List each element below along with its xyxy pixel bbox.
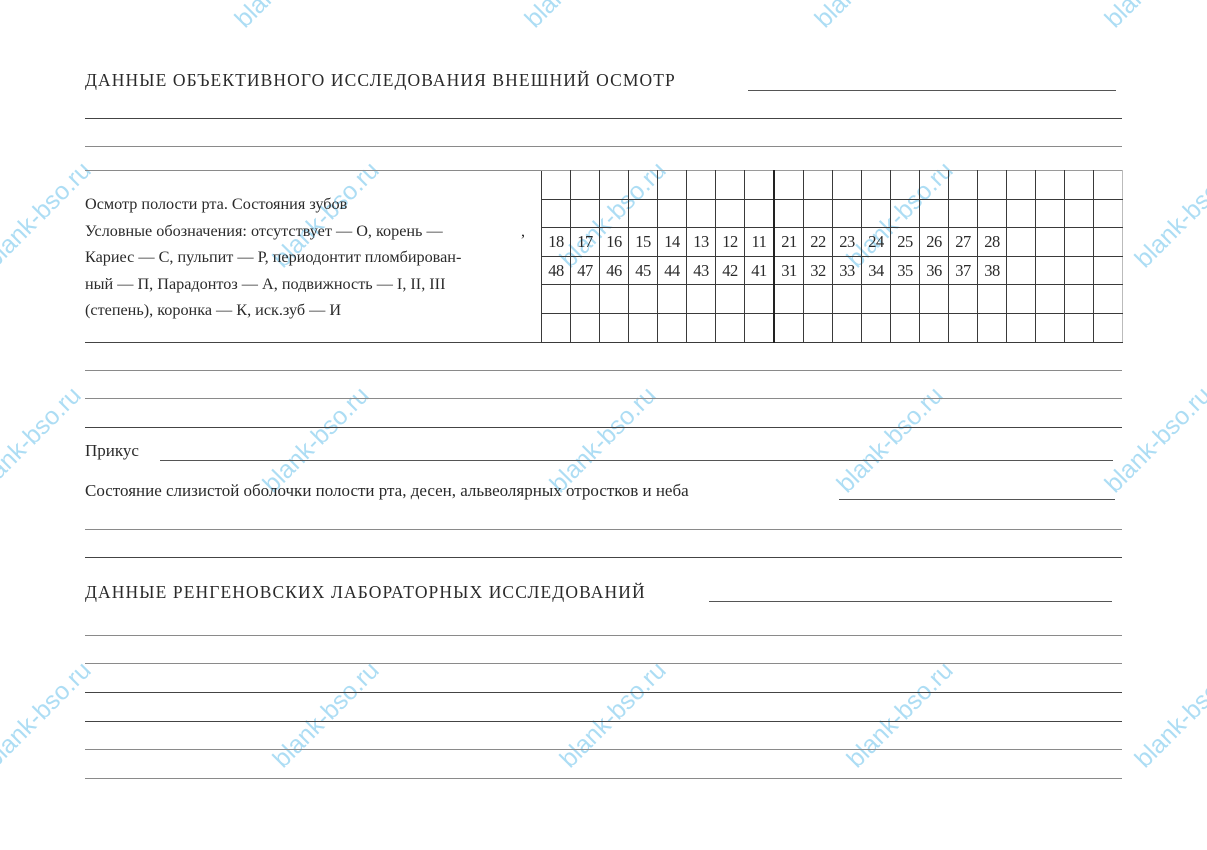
tooth-status-cell[interactable]	[658, 171, 687, 200]
tooth-status-cell[interactable]	[687, 313, 716, 342]
watermark-text: blank-bso.ru	[0, 381, 87, 499]
teeth-lower-status-row-2	[542, 313, 1123, 342]
tooth-number-cell: 27	[949, 228, 978, 257]
tooth-status-cell[interactable]	[629, 313, 658, 342]
watermark-text: blank-bso.ru	[0, 656, 97, 774]
tooth-status-cell[interactable]	[1094, 199, 1123, 228]
tooth-status-cell[interactable]	[920, 313, 949, 342]
tooth-status-cell[interactable]	[687, 171, 716, 200]
tooth-status-cell[interactable]	[1036, 199, 1065, 228]
tooth-status-cell[interactable]	[1007, 199, 1036, 228]
tooth-number-cell: 14	[658, 228, 687, 257]
notes-line-3[interactable]	[85, 427, 1122, 428]
tooth-number-cell	[1007, 228, 1036, 257]
tooth-number-cell: 43	[687, 256, 716, 285]
tooth-number-cell: 15	[629, 228, 658, 257]
teeth-upper-status-row-1	[542, 171, 1123, 200]
oral-exam-bottom-line	[85, 342, 541, 343]
mucosa-field[interactable]	[839, 499, 1115, 500]
teeth-lower-status-row-1	[542, 285, 1123, 314]
tooth-status-cell[interactable]	[1007, 313, 1036, 342]
watermark-text: blank-bso.ru	[809, 0, 927, 34]
xray-line-1[interactable]	[85, 635, 1122, 636]
tooth-status-cell[interactable]	[978, 313, 1007, 342]
mucosa-line-2[interactable]	[85, 557, 1122, 558]
tooth-status-cell[interactable]	[716, 171, 745, 200]
tooth-number-cell: 44	[658, 256, 687, 285]
tooth-status-cell[interactable]	[1036, 313, 1065, 342]
tooth-number-cell: 24	[862, 228, 891, 257]
watermark-text: blank-bso.ru	[1129, 656, 1207, 774]
tooth-status-cell[interactable]	[1036, 171, 1065, 200]
legend-line-2: Кариес — С, пульпит — Р, периодонтит пло…	[85, 244, 535, 271]
tooth-status-cell[interactable]	[978, 199, 1007, 228]
tooth-number-cell: 34	[862, 256, 891, 285]
watermark-text: blank-bso.ru	[0, 156, 97, 274]
tooth-status-cell[interactable]	[1065, 285, 1094, 314]
xray-line-3[interactable]	[85, 692, 1122, 693]
xray-lab-heading: ДАННЫЕ РЕНГЕНОВСКИХ ЛАБОРАТОРНЫХ ИССЛЕДО…	[85, 582, 646, 603]
tooth-status-cell[interactable]	[949, 171, 978, 200]
tooth-status-cell[interactable]	[716, 199, 745, 228]
notes-line-1[interactable]	[85, 370, 1122, 371]
tooth-status-cell[interactable]	[1094, 171, 1123, 200]
tooth-status-cell[interactable]	[629, 171, 658, 200]
tooth-number-cell	[1065, 256, 1094, 285]
tooth-number-cell	[1065, 228, 1094, 257]
tooth-status-cell[interactable]	[1065, 199, 1094, 228]
teeth-lower-numbers-row: 48474645444342413132333435363738	[542, 256, 1123, 285]
tooth-status-cell[interactable]	[571, 285, 600, 314]
tooth-status-cell[interactable]	[1094, 313, 1123, 342]
tooth-number-cell: 25	[891, 228, 920, 257]
tooth-status-cell[interactable]	[745, 313, 775, 342]
tooth-status-cell[interactable]	[774, 313, 804, 342]
teeth-upper-status-row-2	[542, 199, 1123, 228]
tooth-status-cell[interactable]	[542, 171, 571, 200]
tooth-number-cell: 47	[571, 256, 600, 285]
watermark-text: blank-bso.ru	[1129, 156, 1207, 274]
oral-exam-title: Осмотр полости рта. Состояния зубов	[85, 191, 535, 218]
tooth-status-cell[interactable]	[978, 171, 1007, 200]
watermark-text: blank-bso.ru	[1099, 0, 1207, 34]
external-exam-field[interactable]	[748, 90, 1116, 91]
notes-line-2[interactable]	[85, 398, 1122, 399]
tooth-number-cell: 28	[978, 228, 1007, 257]
legend-line-1: Условные обозначения: отсутствует — О, к…	[85, 218, 525, 245]
xray-lab-field[interactable]	[709, 601, 1112, 602]
tooth-number-cell: 33	[833, 256, 862, 285]
tooth-status-cell[interactable]	[891, 171, 920, 200]
mucosa-label: Состояние слизистой оболочки полости рта…	[85, 481, 689, 501]
external-exam-line-2[interactable]	[85, 146, 1122, 147]
tooth-status-cell[interactable]	[716, 285, 745, 314]
tooth-number-cell	[1036, 256, 1065, 285]
tooth-number-cell	[1094, 228, 1123, 257]
tooth-status-cell[interactable]	[658, 313, 687, 342]
tooth-status-cell[interactable]	[804, 171, 833, 200]
tooth-status-cell[interactable]	[862, 313, 891, 342]
tooth-status-cell[interactable]	[571, 171, 600, 200]
xray-line-2[interactable]	[85, 663, 1122, 664]
legend-line-4: (степень), коронка — К, иск.зуб — И	[85, 297, 535, 324]
tooth-number-cell: 31	[774, 256, 804, 285]
tooth-number-cell: 37	[949, 256, 978, 285]
tooth-status-cell[interactable]	[949, 313, 978, 342]
tooth-status-cell[interactable]	[774, 199, 804, 228]
tooth-status-cell[interactable]	[1036, 285, 1065, 314]
mucosa-line-1[interactable]	[85, 529, 1122, 530]
tooth-status-cell[interactable]	[600, 313, 629, 342]
watermark-text: blank-bso.ru	[841, 656, 959, 774]
external-exam-line-3[interactable]	[85, 170, 541, 171]
tooth-status-cell[interactable]	[1007, 171, 1036, 200]
tooth-status-cell[interactable]	[862, 171, 891, 200]
watermark-text: blank-bso.ru	[554, 656, 672, 774]
teeth-chart-grid: 1817161514131211212223242526272848474645…	[541, 170, 1123, 343]
tooth-status-cell[interactable]	[600, 285, 629, 314]
tooth-status-cell[interactable]	[1007, 285, 1036, 314]
bite-field[interactable]	[160, 460, 1113, 461]
tooth-number-cell: 41	[745, 256, 775, 285]
tooth-status-cell[interactable]	[833, 285, 862, 314]
tooth-number-cell: 36	[920, 256, 949, 285]
tooth-status-cell[interactable]	[1065, 313, 1094, 342]
tooth-number-cell: 46	[600, 256, 629, 285]
tooth-number-cell: 38	[978, 256, 1007, 285]
watermark-text: blank-bso.ru	[267, 656, 385, 774]
watermark-text: blank-bso.ru	[519, 0, 637, 34]
tooth-status-cell[interactable]	[833, 199, 862, 228]
tooth-status-cell[interactable]	[804, 199, 833, 228]
tooth-status-cell[interactable]	[571, 313, 600, 342]
tooth-status-cell[interactable]	[774, 171, 804, 200]
tooth-number-cell: 26	[920, 228, 949, 257]
tooth-status-cell[interactable]	[542, 199, 571, 228]
tooth-status-cell[interactable]	[920, 199, 949, 228]
tooth-status-cell[interactable]	[600, 171, 629, 200]
tooth-status-cell[interactable]	[891, 199, 920, 228]
bite-label: Прикус	[85, 441, 139, 461]
tooth-status-cell[interactable]	[833, 313, 862, 342]
tooth-number-cell: 13	[687, 228, 716, 257]
tooth-number-cell: 17	[571, 228, 600, 257]
tooth-number-cell	[1036, 228, 1065, 257]
tooth-status-cell[interactable]	[716, 313, 745, 342]
tooth-status-cell[interactable]	[658, 199, 687, 228]
tooth-status-cell[interactable]	[687, 199, 716, 228]
objective-exam-heading: ДАННЫЕ ОБЪЕКТИВНОГО ИССЛЕДОВАНИЯ ВНЕШНИЙ…	[85, 70, 676, 91]
tooth-number-cell: 21	[774, 228, 804, 257]
tooth-status-cell[interactable]	[804, 285, 833, 314]
xray-line-5[interactable]	[85, 749, 1122, 750]
tooth-status-cell[interactable]	[745, 171, 775, 200]
tooth-status-cell[interactable]	[629, 285, 658, 314]
tooth-status-cell[interactable]	[571, 199, 600, 228]
tooth-status-cell[interactable]	[862, 199, 891, 228]
tooth-number-cell: 48	[542, 256, 571, 285]
tooth-status-cell[interactable]	[1094, 285, 1123, 314]
tooth-status-cell[interactable]	[542, 313, 571, 342]
tooth-status-cell[interactable]	[687, 285, 716, 314]
teeth-upper-numbers-row: 18171615141312112122232425262728	[542, 228, 1123, 257]
tooth-status-cell[interactable]	[629, 199, 658, 228]
tooth-status-cell[interactable]	[600, 199, 629, 228]
watermark-text: blank-bso.ru	[229, 0, 347, 34]
tooth-number-cell: 35	[891, 256, 920, 285]
tooth-number-cell: 45	[629, 256, 658, 285]
legend-line-3: ный — П, Парадонтоз — А, подвижность — I…	[85, 271, 535, 298]
tooth-status-cell[interactable]	[542, 285, 571, 314]
xray-line-6[interactable]	[85, 778, 1122, 779]
tooth-status-cell[interactable]	[920, 285, 949, 314]
tooth-number-cell: 32	[804, 256, 833, 285]
tooth-status-cell[interactable]	[745, 285, 775, 314]
oral-exam-legend: Осмотр полости рта. Состояния зубов Усло…	[85, 191, 535, 324]
tooth-number-cell: 12	[716, 228, 745, 257]
tooth-number-cell: 23	[833, 228, 862, 257]
tooth-status-cell[interactable]	[891, 313, 920, 342]
tooth-status-cell[interactable]	[1065, 171, 1094, 200]
tooth-status-cell[interactable]	[949, 199, 978, 228]
tooth-number-cell	[1007, 256, 1036, 285]
tooth-number-cell: 22	[804, 228, 833, 257]
tooth-status-cell[interactable]	[774, 285, 804, 314]
tooth-number-cell: 42	[716, 256, 745, 285]
tooth-number-cell	[1094, 256, 1123, 285]
tooth-status-cell[interactable]	[949, 285, 978, 314]
tooth-status-cell[interactable]	[804, 313, 833, 342]
tooth-status-cell[interactable]	[745, 199, 775, 228]
tooth-status-cell[interactable]	[891, 285, 920, 314]
tooth-status-cell[interactable]	[833, 171, 862, 200]
external-exam-line-1[interactable]	[85, 118, 1122, 119]
tooth-number-cell: 11	[745, 228, 775, 257]
tooth-number-cell: 18	[542, 228, 571, 257]
xray-line-4[interactable]	[85, 721, 1122, 722]
tooth-status-cell[interactable]	[658, 285, 687, 314]
tooth-status-cell[interactable]	[920, 171, 949, 200]
tooth-number-cell: 16	[600, 228, 629, 257]
tooth-status-cell[interactable]	[978, 285, 1007, 314]
tooth-status-cell[interactable]	[862, 285, 891, 314]
